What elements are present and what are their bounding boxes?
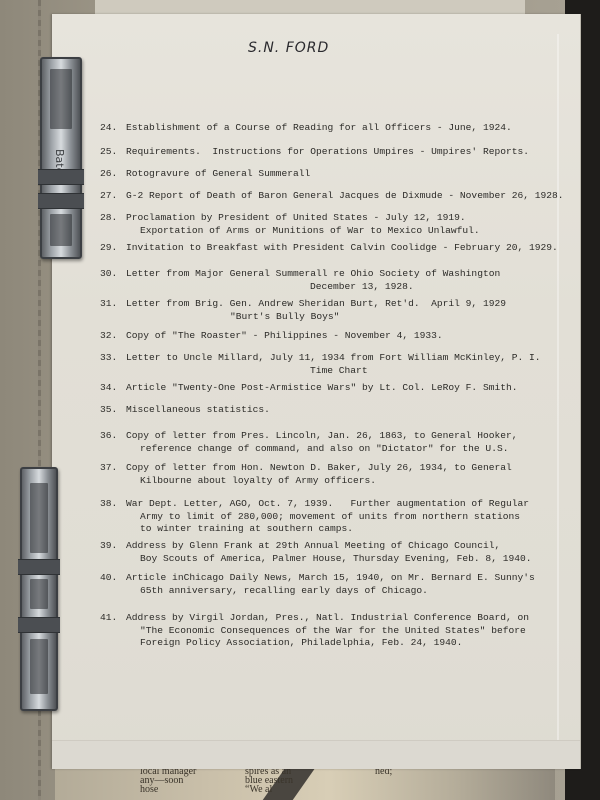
entry-continuation: Kilbourne about loyalty of Army officers… [100,475,550,488]
entry-number: 25. [100,146,126,159]
entry-number: 37. [100,462,126,475]
entry-number: 29. [100,242,126,255]
entry-text: 33.Letter to Uncle Millard, July 11, 193… [100,352,550,365]
entry-continuation: "Burt's Bully Boys" [100,311,550,324]
entry-number: 31. [100,298,126,311]
entry-text: 26.Rotogravure of General Summerall [100,168,550,181]
entry-continuation: Exportation of Arms or Munitions of War … [100,225,550,238]
clasp-band [18,617,60,633]
entry-continuation: reference change of command, and also on… [100,443,550,456]
entry-number: 35. [100,404,126,417]
clipping-fragment: local manager any—soon hose [140,767,196,794]
entry-continuation: 65th anniversary, recalling early days o… [100,585,550,598]
entry-number: 41. [100,612,126,625]
clasp-slot [30,639,48,694]
entry-continuation: "The Economic Consequences of the War fo… [100,625,550,638]
entry-continuation: Army to limit of 280,000; movement of un… [100,511,550,524]
entry-number: 28. [100,212,126,225]
entry-text: 37.Copy of letter from Hon. Newton D. Ba… [100,462,550,475]
entry-40: 40.Article inChicago Daily News, March 1… [100,572,550,597]
entry-continuation: Foreign Policy Association, Philadelphia… [100,637,550,650]
entry-text: 31.Letter from Brig. Gen. Andrew Sherida… [100,298,550,311]
clasp-slot [30,579,48,609]
entry-number: 33. [100,352,126,365]
entry-number: 32. [100,330,126,343]
entry-31: 31.Letter from Brig. Gen. Andrew Sherida… [100,298,550,323]
clasp-slot [30,483,48,553]
entry-text: 24.Establishment of a Course of Reading … [100,122,550,135]
entry-27: 27.G-2 Report of Death of Baron General … [100,190,550,203]
entry-text: 34.Article "Twenty-One Post-Armistice Wa… [100,382,550,395]
binder-clasp-bottom[interactable] [20,467,58,711]
entry-30: 30.Letter from Major General Summerall r… [100,268,550,293]
entry-number: 36. [100,430,126,443]
typed-document-page: S.N. FORD 24.Establishment of a Course o… [52,14,580,769]
entry-text: 29.Invitation to Breakfast with Presiden… [100,242,550,255]
entry-number: 39. [100,540,126,553]
entry-34: 34.Article "Twenty-One Post-Armistice Wa… [100,382,550,395]
entry-33: 33.Letter to Uncle Millard, July 11, 193… [100,352,550,377]
clasp-slot [50,69,72,129]
entry-36: 36.Copy of letter from Pres. Lincoln, Ja… [100,430,550,455]
entry-number: 26. [100,168,126,181]
entry-25: 25.Requirements. Instructions for Operat… [100,146,550,159]
entry-text: 38.War Dept. Letter, AGO, Oct. 7, 1939. … [100,498,550,511]
clasp-band [38,193,84,209]
entry-text: 36.Copy of letter from Pres. Lincoln, Ja… [100,430,550,443]
newspaper-clippings: local manager any—soon hose spires as an… [55,765,555,800]
entry-text: 35.Miscellaneous statistics. [100,404,550,417]
entry-number: 30. [100,268,126,281]
entry-38: 38.War Dept. Letter, AGO, Oct. 7, 1939. … [100,498,550,536]
clasp-band [38,169,84,185]
entry-continuation: Time Chart [100,365,550,378]
entry-39: 39.Address by Glenn Frank at 29th Annual… [100,540,550,565]
clasp-slot [50,214,72,246]
entry-continuation: to winter training at southern camps. [100,523,550,536]
entry-29: 29.Invitation to Breakfast with Presiden… [100,242,550,255]
entry-text: 32.Copy of "The Roaster" - Philippines -… [100,330,550,343]
entry-number: 27. [100,190,126,203]
entry-text: 27.G-2 Report of Death of Baron General … [100,190,550,203]
document-entry-list: 24.Establishment of a Course of Reading … [52,14,580,769]
entry-continuation: December 13, 1928. [100,281,550,294]
entry-28: 28.Proclamation by President of United S… [100,212,550,237]
entry-37: 37.Copy of letter from Hon. Newton D. Ba… [100,462,550,487]
entry-text: 25.Requirements. Instructions for Operat… [100,146,550,159]
entry-text: 30.Letter from Major General Summerall r… [100,268,550,281]
entry-text: 39.Address by Glenn Frank at 29th Annual… [100,540,550,553]
clipping-fragment: spires as an blue eastern “We al [245,767,293,794]
entry-text: 41.Address by Virgil Jordan, Pres., Natl… [100,612,550,625]
entry-number: 24. [100,122,126,135]
entry-32: 32.Copy of "The Roaster" - Philippines -… [100,330,550,343]
entry-number: 34. [100,382,126,395]
entry-35: 35.Miscellaneous statistics. [100,404,550,417]
entry-26: 26.Rotogravure of General Summerall [100,168,550,181]
binder-clasp-top[interactable]: Bates [40,57,82,259]
clasp-band [18,559,60,575]
entry-24: 24.Establishment of a Course of Reading … [100,122,550,135]
entry-continuation: Boy Scouts of America, Palmer House, Thu… [100,553,550,566]
entry-number: 40. [100,572,126,585]
entry-text: 40.Article inChicago Daily News, March 1… [100,572,550,585]
entry-text: 28.Proclamation by President of United S… [100,212,550,225]
entry-number: 38. [100,498,126,511]
entry-41: 41.Address by Virgil Jordan, Pres., Natl… [100,612,550,650]
